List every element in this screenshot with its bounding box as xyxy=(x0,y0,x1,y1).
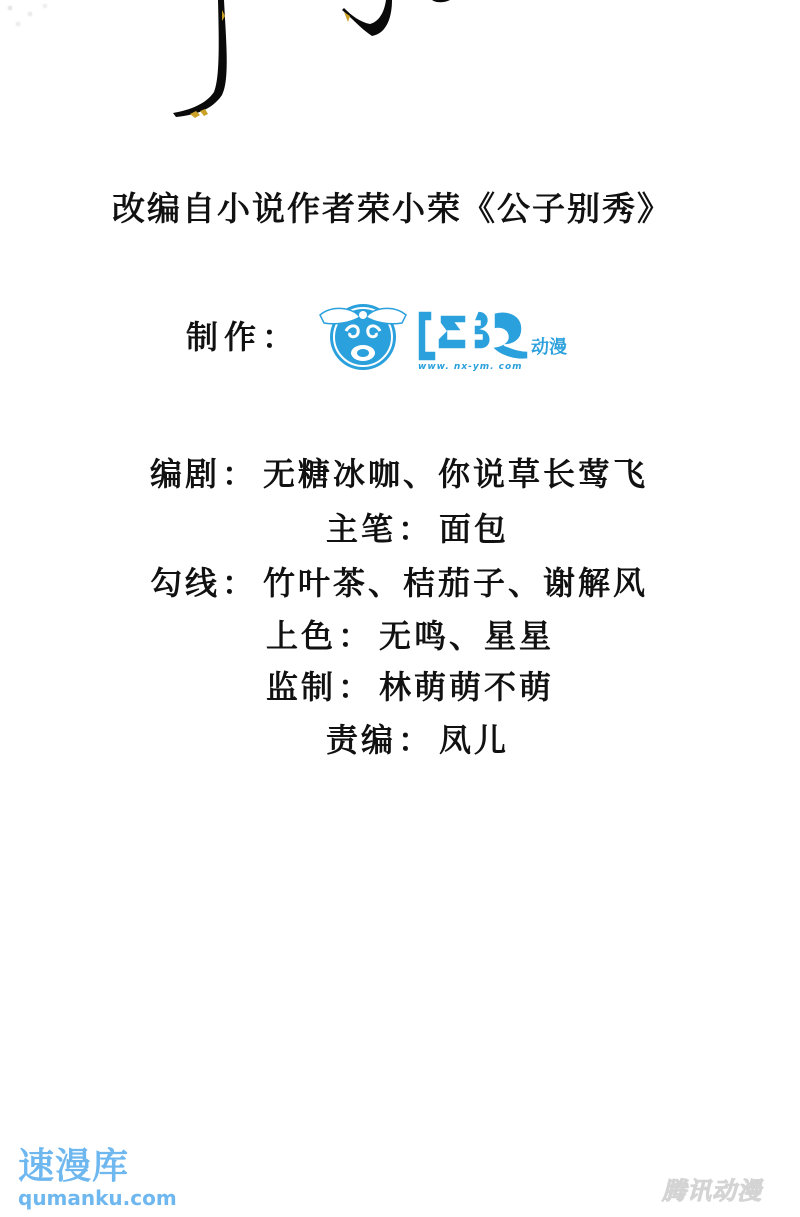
credit-names: 面包 xyxy=(439,510,509,548)
watermark-qumanku: 速漫库 qumanku.com xyxy=(18,1147,177,1209)
credit-names: 竹叶茶、桔茄子、谢解风 xyxy=(263,564,648,602)
production-label: 制作： xyxy=(186,312,300,358)
credit-separator: ： xyxy=(222,455,257,493)
credit-line-editor: 责编：凤儿 xyxy=(326,715,509,761)
brush-stroke-art xyxy=(0,0,800,140)
credit-line-screenwriter: 编剧：无糖冰咖、你说草长莺飞 xyxy=(150,449,648,495)
credit-names: 林萌萌不萌 xyxy=(379,668,554,706)
credit-role: 勾线 xyxy=(150,564,220,602)
credit-role: 责编 xyxy=(326,721,396,759)
credit-separator: ： xyxy=(398,721,433,759)
watermark-cn: 速漫库 xyxy=(18,1147,177,1187)
credit-separator: ： xyxy=(398,510,433,548)
adaptation-credit: 改编自小说作者荣小荣《公子别秀》 xyxy=(112,183,732,230)
studio-name: 动漫 xyxy=(531,333,567,359)
credit-separator: ： xyxy=(338,617,373,655)
credit-line-lineart: 勾线：竹叶茶、桔茄子、谢解风 xyxy=(150,558,648,604)
credit-separator: ： xyxy=(338,668,373,706)
credit-line-coloring: 上色：无鸣、星星 xyxy=(266,611,554,657)
credit-separator: ： xyxy=(222,564,257,602)
credit-role: 上色 xyxy=(266,617,336,655)
credit-role: 主笔 xyxy=(326,510,396,548)
watermark-tencent-comics: 腾讯动漫 xyxy=(662,1171,762,1206)
watermark-en: qumanku.com xyxy=(18,1187,177,1209)
winged-circle-logo-icon xyxy=(320,304,406,370)
credit-names: 无鸣、星星 xyxy=(379,617,554,655)
credit-line-lead-artist: 主笔：面包 xyxy=(326,504,509,550)
credit-names: 凤儿 xyxy=(439,721,509,759)
credit-role: 编剧 xyxy=(150,455,220,493)
studio-url: www. nx-ym. com xyxy=(418,362,523,372)
credit-role: 监制 xyxy=(266,668,336,706)
credit-line-supervisor: 监制：林萌萌不萌 xyxy=(266,662,554,708)
credit-names: 无糖冰咖、你说草长莺飞 xyxy=(263,455,648,493)
